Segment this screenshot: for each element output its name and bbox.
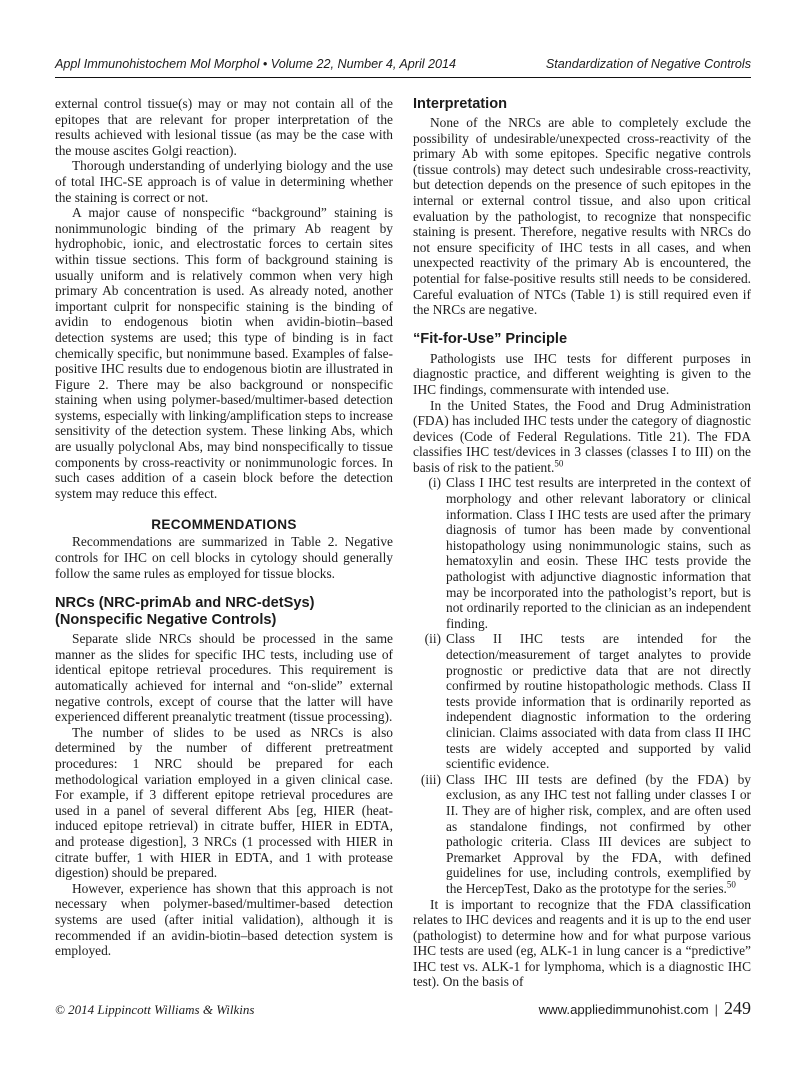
left-column: external control tissue(s) may or may no… (55, 96, 393, 990)
subsection-heading-nrcs: NRCs (NRC-primAb and NRC-detSys) (Nonspe… (55, 595, 393, 629)
list-marker: (ii) (413, 631, 446, 771)
paragraph: Pathologists use IHC tests for different… (413, 351, 751, 398)
paragraph-text: Class IHC III tests are defined (by the … (446, 772, 751, 896)
journal-citation: Appl Immunohistochem Mol Morphol • Volum… (55, 57, 456, 71)
paragraph: It is important to recognize that the FD… (413, 897, 751, 991)
reference-superscript: 50 (554, 458, 563, 468)
paragraph: However, experience has shown that this … (55, 881, 393, 959)
paragraph: A major cause of nonspecific “background… (55, 205, 393, 501)
paragraph: Thorough understanding of underlying bio… (55, 158, 393, 205)
list-item-text: Class II IHC tests are intended for the … (446, 631, 751, 771)
list-marker: (iii) (413, 772, 446, 897)
paragraph: None of the NRCs are able to completely … (413, 115, 751, 318)
subsection-heading-interpretation: Interpretation (413, 96, 751, 113)
list-item-class-2: (ii) Class II IHC tests are intended for… (413, 631, 751, 771)
page-header: Appl Immunohistochem Mol Morphol • Volum… (55, 57, 751, 78)
paragraph: In the United States, the Food and Drug … (413, 398, 751, 476)
list-item-text: Class I IHC test results are interpreted… (446, 475, 751, 631)
section-heading-recommendations: RECOMMENDATIONS (55, 517, 393, 532)
paragraph-text: Class I IHC test results are interpreted… (446, 475, 751, 630)
journal-page: Appl Immunohistochem Mol Morphol • Volum… (0, 0, 800, 1071)
page-footer: © 2014 Lippincott Williams & Wilkins www… (55, 998, 751, 1019)
heading-line: NRCs (NRC-primAb and NRC-detSys) (55, 595, 393, 612)
reference-superscript: 50 (727, 879, 736, 889)
paragraph-text: In the United States, the Food and Drug … (413, 398, 751, 475)
list-item-text: Class IHC III tests are defined (by the … (446, 772, 751, 897)
heading-line: (Nonspecific Negative Controls) (55, 612, 393, 629)
page-number: 249 (724, 998, 751, 1019)
paragraph: Recommendations are summarized in Table … (55, 534, 393, 581)
paragraph: Separate slide NRCs should be processed … (55, 631, 393, 725)
copyright-notice: © 2014 Lippincott Williams & Wilkins (55, 1002, 254, 1018)
paragraph-text: Class II IHC tests are intended for the … (446, 631, 751, 771)
running-title: Standardization of Negative Controls (546, 57, 751, 71)
paragraph: external control tissue(s) may or may no… (55, 96, 393, 158)
subsection-heading-fit-for-use: “Fit-for-Use” Principle (413, 331, 751, 348)
right-column: Interpretation None of the NRCs are able… (413, 96, 751, 990)
article-body: external control tissue(s) may or may no… (55, 96, 751, 990)
list-item-class-1: (i) Class I IHC test results are interpr… (413, 475, 751, 631)
footer-right: www.appliedimmunohist.com | 249 (539, 998, 751, 1019)
paragraph: The number of slides to be used as NRCs … (55, 725, 393, 881)
list-item-class-3: (iii) Class IHC III tests are defined (b… (413, 772, 751, 897)
journal-website-url: www.appliedimmunohist.com (539, 1002, 709, 1017)
footer-separator: | (715, 1002, 718, 1017)
list-marker: (i) (413, 475, 446, 631)
